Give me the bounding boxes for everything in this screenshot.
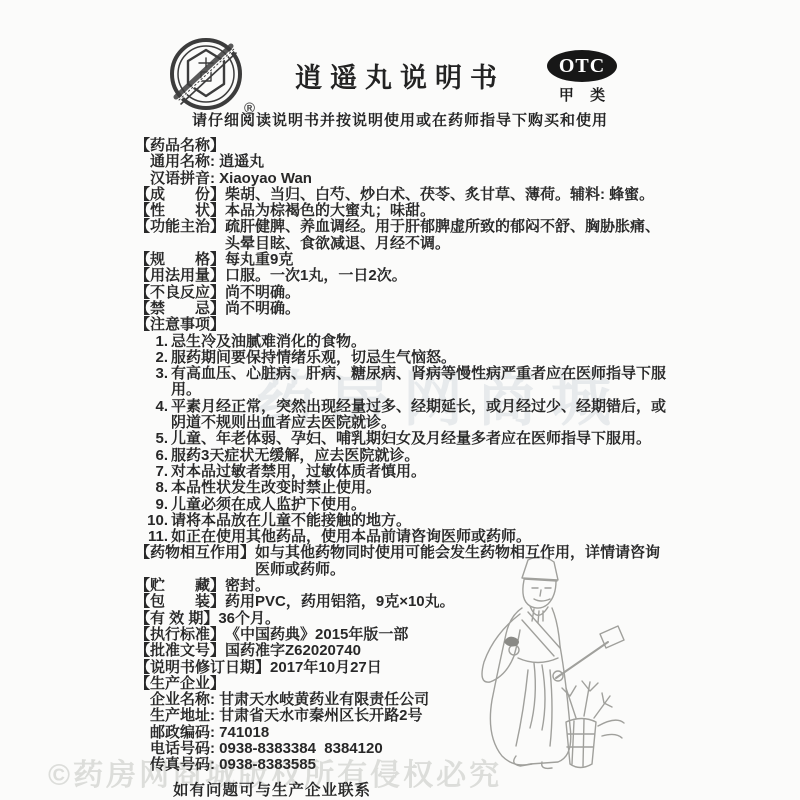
company-name-row: 企业名称: 甘肃天水岐黄药业有限责任公司 xyxy=(135,692,672,708)
section-drug-name: 【药品名称】 xyxy=(135,138,672,154)
precaution-item: 4.平素月经正常，突然出现经量过多、经期延长，或月经过少、经期错后，或阴道不规则… xyxy=(135,399,672,432)
leaflet-body: 【药品名称】 通用名称: 逍遥丸 汉语拼音: Xiaoyao Wan 【成 份】… xyxy=(135,138,672,799)
section-adverse-reactions: 【不良反应】尚不明确。 xyxy=(135,285,672,301)
address-row: 生产地址: 甘肃省天水市秦州区长开路2号 xyxy=(135,708,672,724)
precaution-item: 10.请将本品放在儿童不能接触的地方。 xyxy=(135,513,672,529)
section-contraindications: 【禁 忌】尚不明确。 xyxy=(135,301,672,317)
section-approval-number: 【批准文号】国药准字Z62020740 xyxy=(135,643,672,659)
otc-class-label: 甲 类 xyxy=(547,84,617,105)
section-drug-interactions: 【药物相互作用】如与其他药物同时使用可能会发生药物相互作用，详情请咨询医师或药师… xyxy=(135,545,672,578)
contact-note: 如有问题可与生产企业联系 xyxy=(173,783,672,799)
leaflet-sheet: 药房网商城 ©药房网商城版权所有侵权必究 ® 逍遥丸说明书 OTC 甲 类 请仔… xyxy=(0,0,800,800)
section-storage: 【贮 藏】密封。 xyxy=(135,578,672,594)
section-specification: 【规 格】每丸重9克 xyxy=(135,252,672,268)
otc-badge-icon: OTC xyxy=(547,50,617,82)
precaution-item: 7.对本品过敏者禁用，过敏体质者慎用。 xyxy=(135,464,672,480)
precaution-item: 11.如正在使用其他药品，使用本品前请咨询医师或药师。 xyxy=(135,529,672,545)
postcode-value: 741018 xyxy=(219,725,672,741)
section-indications: 【功能主治】疏肝健脾、养血调经。用于肝郁脾虚所致的郁闷不舒、胸胁胀痛、头晕目眩、… xyxy=(135,219,672,252)
precaution-item: 3.有高血压、心脏病、肝病、糖尿病、肾病等慢性病严重者应在医师指导下服用。 xyxy=(135,366,672,399)
phone-row: 电话号码: 0938-8383384 8384120 xyxy=(135,741,672,757)
otc-badge: OTC 甲 类 xyxy=(547,50,617,105)
fax-value: 0938-8383585 xyxy=(219,757,672,773)
precaution-item: 1.忌生冷及油腻难消化的食物。 xyxy=(135,334,672,350)
pinyin-row: 汉语拼音: Xiaoyao Wan xyxy=(135,171,672,187)
precaution-item: 5.儿童、年老体弱、孕妇、哺乳期妇女及月经量多者应在医师指导下服用。 xyxy=(135,431,672,447)
fax-row: 传真号码: 0938-8383585 xyxy=(135,757,672,773)
phone-value: 0938-8383384 8384120 xyxy=(219,741,672,757)
generic-name-row: 通用名称: 逍遥丸 xyxy=(135,154,672,170)
section-ingredients: 【成 份】柴胡、当归、白芍、炒白术、茯苓、炙甘草、薄荷。辅料: 蜂蜜。 xyxy=(135,187,672,203)
address-value: 甘肃省天水市秦州区长开路2号 xyxy=(219,708,672,724)
precaution-item: 6.服药3天症状无缓解，应去医院就诊。 xyxy=(135,448,672,464)
company-name-value: 甘肃天水岐黄药业有限责任公司 xyxy=(219,692,672,708)
precaution-item: 2.服药期间要保持情绪乐观，切忌生气恼怒。 xyxy=(135,350,672,366)
section-manufacturer: 【生产企业】 xyxy=(135,676,672,692)
page-title: 逍遥丸说明书 xyxy=(0,56,800,95)
section-label: 【药品名称】 xyxy=(135,138,225,154)
section-dosage: 【用法用量】口服。一次1丸，一日2次。 xyxy=(135,268,672,284)
postcode-row: 邮政编码: 741018 xyxy=(135,725,672,741)
precaution-item: 9.儿童必须在成人监护下使用。 xyxy=(135,497,672,513)
usage-notice: 请仔细阅读说明书并按说明使用或在药师指导下购买和使用 xyxy=(0,109,800,130)
pinyin-value: Xiaoyao Wan xyxy=(219,171,672,187)
section-revision-date: 【说明书修订日期】2017年10月27日 xyxy=(135,660,672,676)
precaution-item: 8.本品性状发生改变时禁止使用。 xyxy=(135,480,672,496)
generic-name-value: 逍遥丸 xyxy=(219,154,672,170)
section-standard: 【执行标准】《中国药典》2015年版一部 xyxy=(135,627,672,643)
section-precautions: 【注意事项】 xyxy=(135,317,672,333)
section-packaging: 【包 装】药用PVC，药用铝箔，9克×10丸。 xyxy=(135,594,672,610)
section-shelf-life: 【有 效 期】36个月。 xyxy=(135,611,672,627)
